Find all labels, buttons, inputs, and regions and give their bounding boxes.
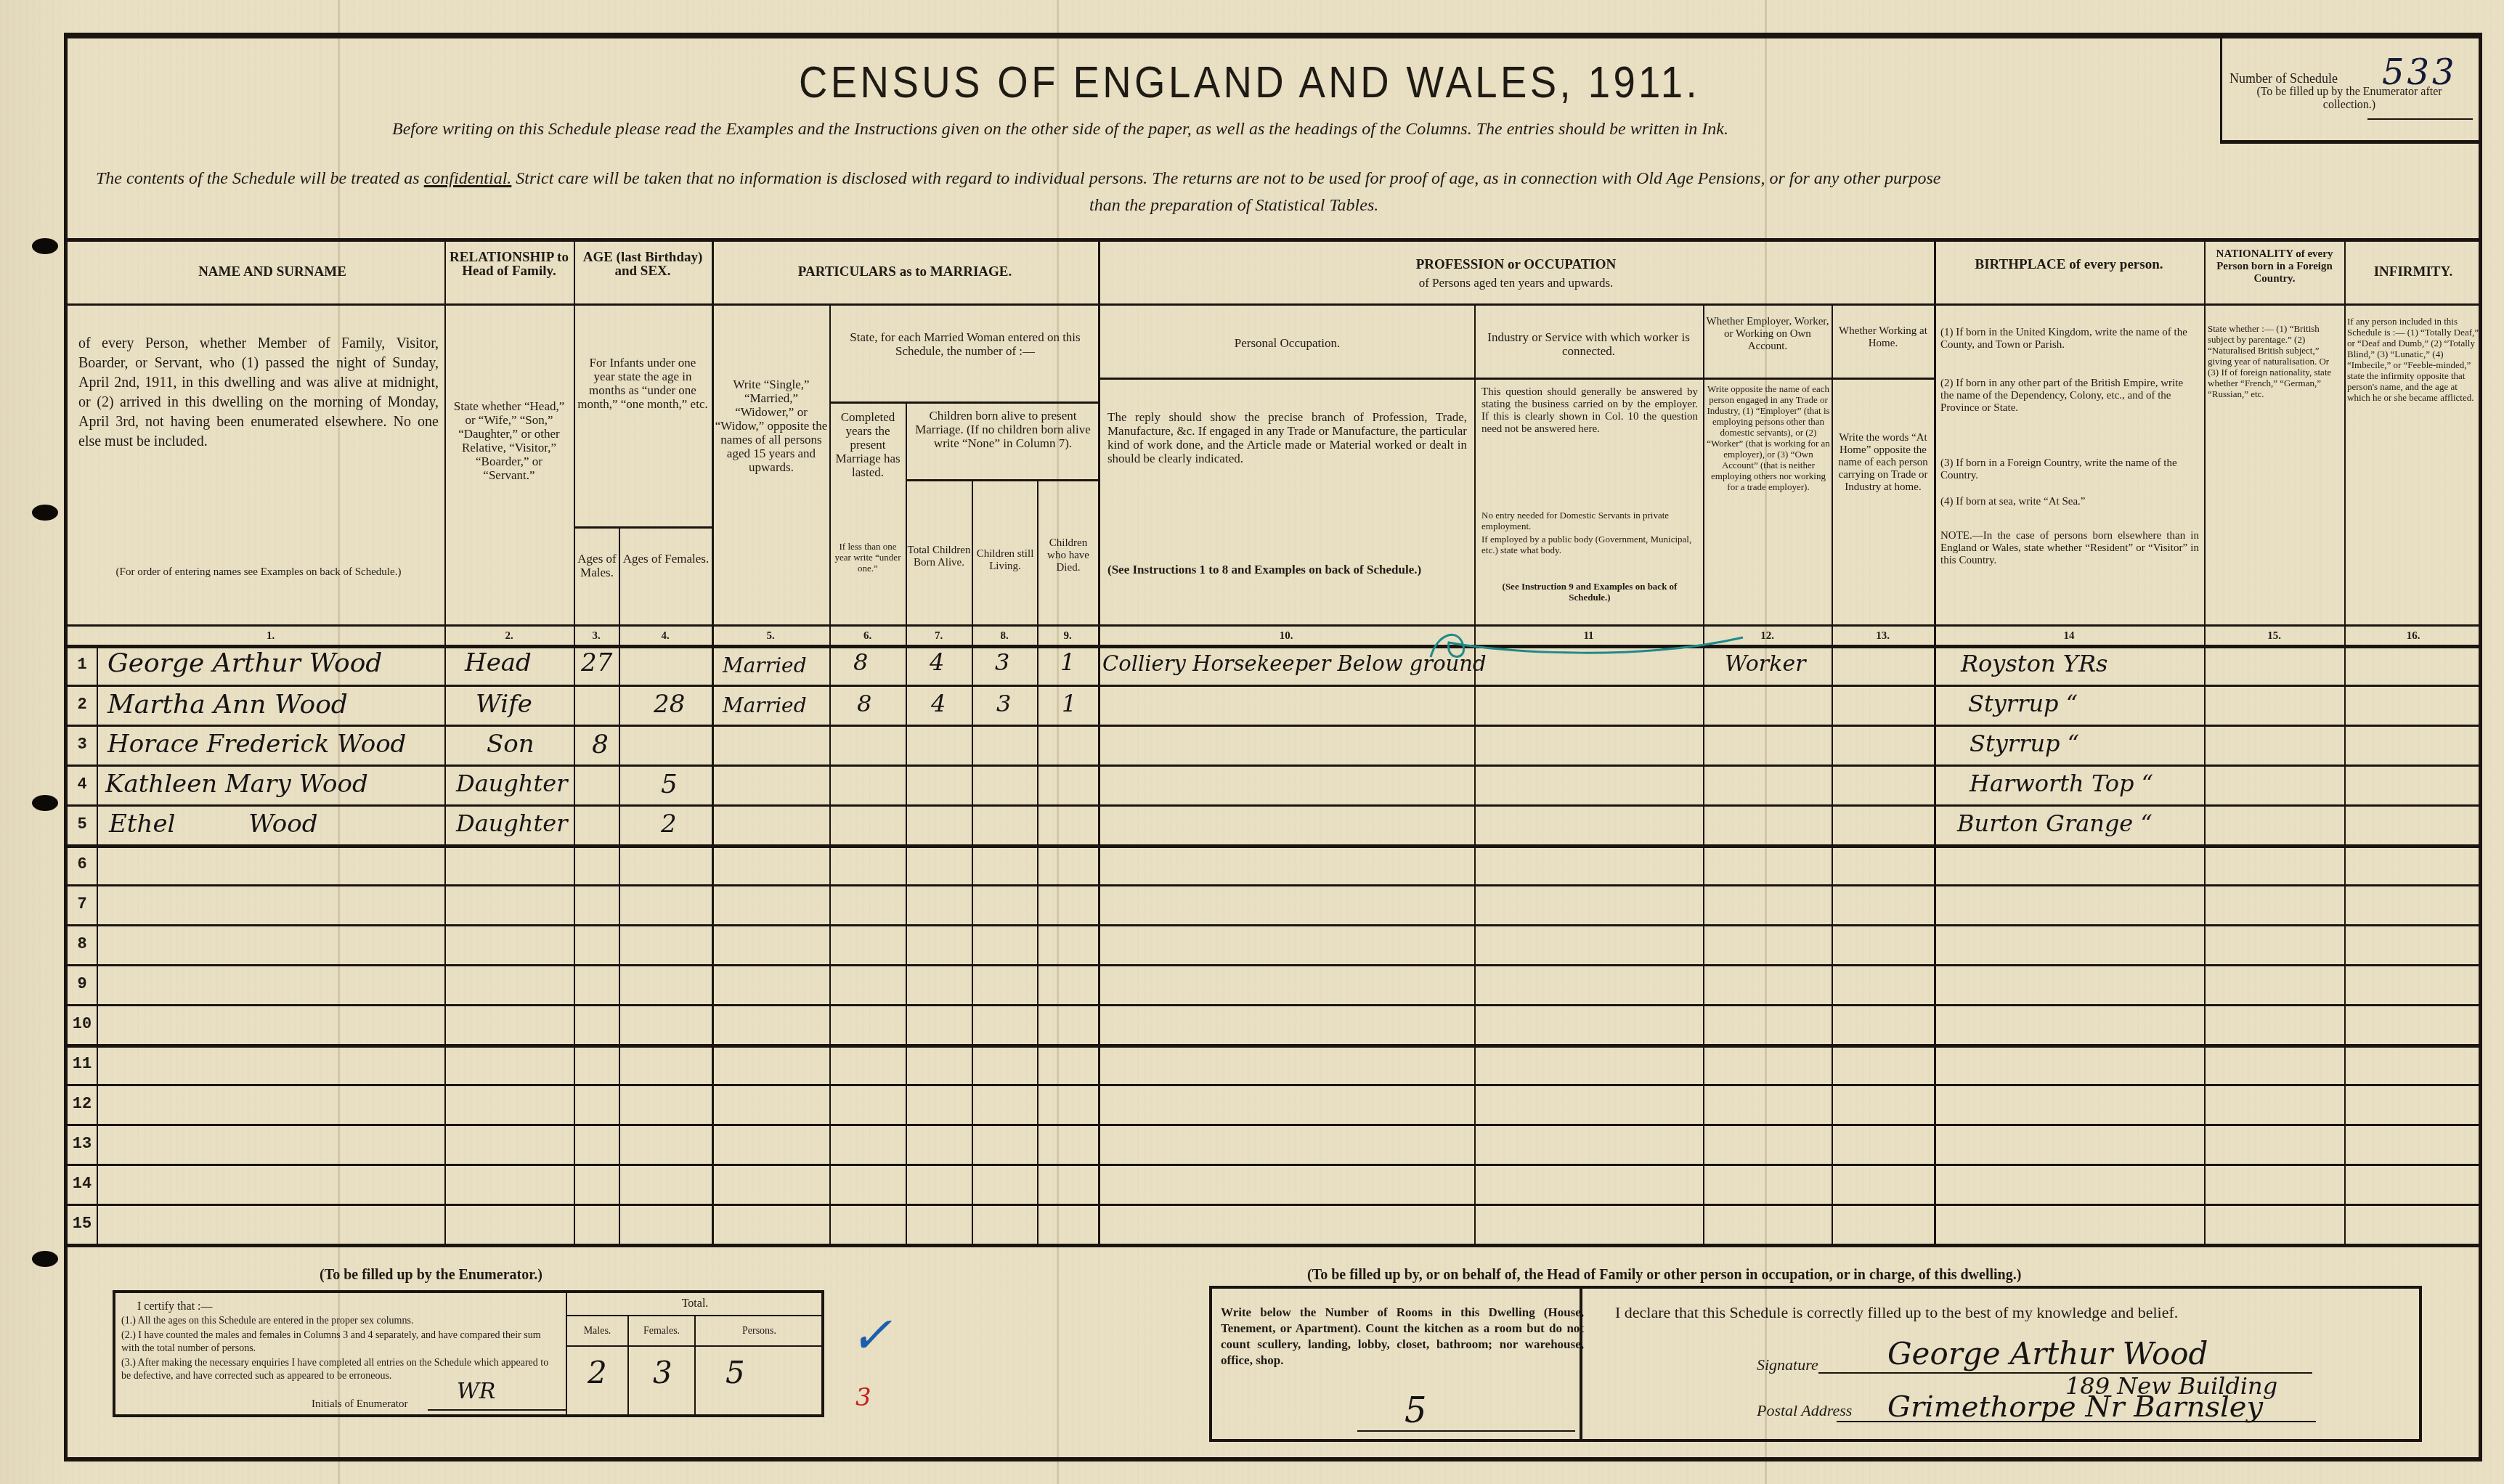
col-14-heading: BIRTHPLACE of every person.	[1934, 258, 2204, 272]
col-16-heading: INFIRMITY.	[2344, 265, 2482, 279]
column-number: 5.	[712, 630, 829, 643]
married-woman-instructions: State, for each Married Woman entered on…	[835, 330, 1095, 358]
rooms-value[interactable]: 5	[1405, 1390, 1427, 1431]
punch-hole	[32, 505, 58, 521]
confidential-word: confidential.	[424, 169, 512, 188]
birthplace-cell[interactable]: Styrrup “	[1970, 730, 2079, 757]
enumerator-certificate-box: I certify that :— (1.) All the ages on t…	[113, 1290, 824, 1417]
col-15-instructions: State whether :— (1) “British subject by…	[2208, 323, 2341, 399]
occupation-subheading: of Persons aged ten years and upwards.	[1098, 276, 1934, 290]
row-number: 5	[67, 815, 97, 833]
row-number: 3	[67, 735, 97, 754]
name-cell[interactable]: Horace Frederick Wood	[107, 730, 406, 759]
relationship-cell[interactable]: Daughter	[456, 770, 568, 797]
row-number: 10	[67, 1015, 97, 1033]
punch-hole	[32, 1251, 58, 1267]
declaration-text: I declare that this Schedule is correctl…	[1615, 1303, 2178, 1322]
name-cell[interactable]: Martha Ann Wood	[107, 690, 348, 719]
column-number: 1.	[97, 630, 444, 643]
total-males[interactable]: 2	[588, 1355, 607, 1390]
children-died-cell[interactable]: 1	[1060, 648, 1075, 676]
name-cell[interactable]: Kathleen Mary Wood	[105, 770, 368, 799]
column-number: 13.	[1832, 630, 1934, 643]
relationship-cell[interactable]: Head	[465, 648, 532, 677]
col-15-heading: NATIONALITY of every Person born in a Fo…	[2206, 248, 2344, 285]
row-number: 11	[67, 1055, 97, 1073]
instruction-line: Before writing on this Schedule please r…	[392, 120, 1728, 139]
col-11-footnote: (See Instruction 9 and Examples on back …	[1481, 581, 1698, 603]
blue-check-icon: ✓	[850, 1305, 893, 1365]
col-2-instructions: State whether “Head,” or “Wife,” “Son,” …	[450, 399, 568, 482]
col-16-instructions: If any person included in this Schedule …	[2347, 316, 2479, 403]
relationship-cell[interactable]: Son	[487, 730, 534, 759]
enumerator-section-heading: (To be filled up by the Enumerator.)	[320, 1267, 542, 1284]
col-9-sub: Children who have Died.	[1038, 537, 1098, 574]
children-living-cell[interactable]: 3	[995, 648, 1009, 676]
col-3-4-instructions: For Infants under one year state the age…	[577, 356, 708, 411]
col-14-instruction-2: (2) If born in any other part of the Bri…	[1940, 378, 2199, 415]
name-cell[interactable]: Ethel Wood	[109, 810, 318, 839]
col-4-sub: Ages of Females.	[620, 552, 712, 566]
column-number: 6.	[829, 630, 906, 643]
column-number: 4.	[619, 630, 712, 643]
row-number: 8	[67, 935, 97, 953]
certify-item-2: (2.) I have counted the males and female…	[121, 1329, 557, 1355]
col-10-instructions: The reply should show the precise branch…	[1107, 410, 1467, 465]
punch-hole	[32, 795, 58, 811]
initials-label: Initials of Enumerator	[312, 1398, 407, 1411]
col-5-instructions: Write “Single,” “Married,” “Widower,” or…	[715, 378, 828, 474]
head-section-heading: (To be filled up by, or on behalf of, th…	[1307, 1267, 2021, 1284]
marriage-cell[interactable]: Married	[723, 693, 807, 717]
column-number: 14	[1934, 630, 2204, 643]
col-1-instructions: of every Person, whether Member of Famil…	[78, 334, 439, 452]
column-number: 10.	[1098, 630, 1474, 643]
row-number: 12	[67, 1095, 97, 1113]
certify-item-1: (1.) All the ages on this Schedule are e…	[121, 1315, 557, 1328]
confidential-line-2: than the preparation of Statistical Tabl…	[1089, 196, 1378, 216]
confidential-line: The contents of the Schedule will be tre…	[96, 169, 1940, 189]
row-number: 4	[67, 775, 97, 794]
col-11-instructions: This question should generally be answer…	[1481, 386, 1698, 436]
col-12-instructions: Write opposite the name of each person e…	[1707, 383, 1830, 492]
age-male-cell[interactable]: 27	[581, 648, 612, 677]
col-1-footnote: (For order of entering names see Example…	[78, 566, 439, 579]
row-number: 13	[67, 1135, 97, 1153]
column-number: 2.	[444, 630, 574, 643]
total-females[interactable]: 3	[653, 1355, 672, 1390]
col-11-note-1: No entry needed for Domestic Servants in…	[1481, 510, 1698, 531]
row-number: 6	[67, 855, 97, 873]
col-10-footnote: (See Instructions 1 to 8 and Examples on…	[1107, 563, 1467, 576]
col-10-heading: Personal Occupation.	[1104, 336, 1471, 350]
address-label: Postal Address	[1757, 1401, 1852, 1420]
birthplace-cell[interactable]: Royston YRs	[1961, 650, 2107, 677]
name-cell[interactable]: George Arthur Wood	[107, 648, 382, 678]
marriage-heading: PARTICULARS as to MARRIAGE.	[712, 265, 1098, 279]
page-title: CENSUS OF ENGLAND AND WALES, 1911.	[799, 57, 1700, 108]
column-number: 9.	[1037, 630, 1098, 643]
marriage-cell[interactable]: Married	[723, 653, 807, 677]
signature-label: Signature	[1757, 1355, 1818, 1374]
years-married-cell[interactable]: 8	[857, 690, 871, 717]
col-3-4-heading: AGE (last Birthday) and SEX.	[574, 250, 712, 278]
row-number: 1	[67, 656, 97, 674]
col-11-note-2: If employed by a public body (Government…	[1481, 534, 1698, 555]
children-heading: Children born alive to present Marriage.…	[908, 409, 1098, 450]
children-born-cell[interactable]: 4	[931, 690, 946, 717]
rooms-box: Write below the Number of Rooms in this …	[1209, 1286, 1609, 1442]
column-number: 7.	[906, 630, 972, 643]
col-11-heading: Industry or Service with which worker is…	[1478, 330, 1699, 358]
col-1-heading: NAME AND SURNAME	[102, 265, 443, 279]
row-number: 9	[67, 975, 97, 993]
col-14-note: NOTE.—In the case of persons born elsewh…	[1940, 530, 2199, 567]
col-14-instruction-4: (4) If born at sea, write “At Sea.”	[1940, 496, 2199, 508]
column-number: 16.	[2344, 630, 2482, 643]
col-2-heading: RELATIONSHIP to Head of Family.	[444, 250, 574, 278]
schedule-number-note: (To be filled up by the Enumerator after…	[2229, 86, 2469, 112]
row-number: 14	[67, 1175, 97, 1193]
relationship-cell[interactable]: Wife	[476, 690, 532, 719]
column-number: 8.	[972, 630, 1037, 643]
col-14-instruction-1: (1) If born in the United Kingdom, write…	[1940, 327, 2199, 351]
row-number: 15	[67, 1215, 97, 1233]
children-born-cell[interactable]: 4	[930, 648, 944, 676]
col-13-heading: Whether Working at Home.	[1834, 325, 1932, 350]
occupation-heading: PROFESSION or OCCUPATION	[1098, 258, 1934, 272]
children-died-cell[interactable]: 1	[1062, 690, 1076, 717]
punch-hole	[32, 238, 58, 254]
relationship-cell[interactable]: Daughter	[456, 810, 568, 837]
age-male-cell[interactable]: 8	[592, 730, 609, 759]
col-7-sub: Total Children Born Alive.	[907, 545, 971, 569]
birthplace-cell[interactable]: Burton Grange “	[1957, 810, 2153, 837]
rooms-instructions: Write below the Number of Rooms in this …	[1221, 1305, 1584, 1369]
age-female-cell[interactable]: 28	[654, 690, 685, 719]
declaration-box: I declare that this Schedule is correctl…	[1580, 1286, 2422, 1442]
total-persons[interactable]: 5	[725, 1355, 745, 1390]
col-14-instruction-3: (3) If born in a Foreign Country, write …	[1940, 457, 2199, 482]
age-female-cell[interactable]: 2	[661, 810, 677, 839]
col-3-sub: Ages of Males.	[575, 552, 619, 579]
enumerator-teal-mark-icon	[1423, 624, 1757, 668]
age-female-cell[interactable]: 5	[661, 770, 678, 799]
children-living-cell[interactable]: 3	[996, 690, 1011, 717]
col-6-note: If less than one year write “under one.”	[831, 541, 905, 574]
row-number: 7	[67, 895, 97, 913]
address-line-2[interactable]: Grimethorpe Nr Barnsley	[1887, 1390, 2263, 1424]
row-number: 2	[67, 696, 97, 714]
signature-value[interactable]: George Arthur Wood	[1887, 1336, 2208, 1371]
schedule-number-box: Number of Schedule 533 (To be filled up …	[2220, 36, 2480, 144]
years-married-cell[interactable]: 8	[853, 648, 868, 676]
enumerator-initials[interactable]: WR	[457, 1379, 495, 1404]
col-6-heading: Completed years the present Marriage has…	[831, 410, 905, 479]
birthplace-cell[interactable]: Harworth Top “	[1970, 770, 2153, 797]
col-8-sub: Children still Living.	[973, 548, 1037, 573]
column-number: 3.	[574, 630, 619, 643]
red-tally-mark: 3	[855, 1383, 871, 1412]
col-12-heading: Whether Employer, Worker, or Working on …	[1705, 316, 1830, 353]
birthplace-cell[interactable]: Styrrup “	[1968, 690, 2078, 717]
column-number: 15.	[2204, 630, 2344, 643]
col-13-instructions: Write the words “At Home” opposite the n…	[1834, 432, 1932, 494]
schedule-number-label: Number of Schedule	[2229, 71, 2338, 86]
